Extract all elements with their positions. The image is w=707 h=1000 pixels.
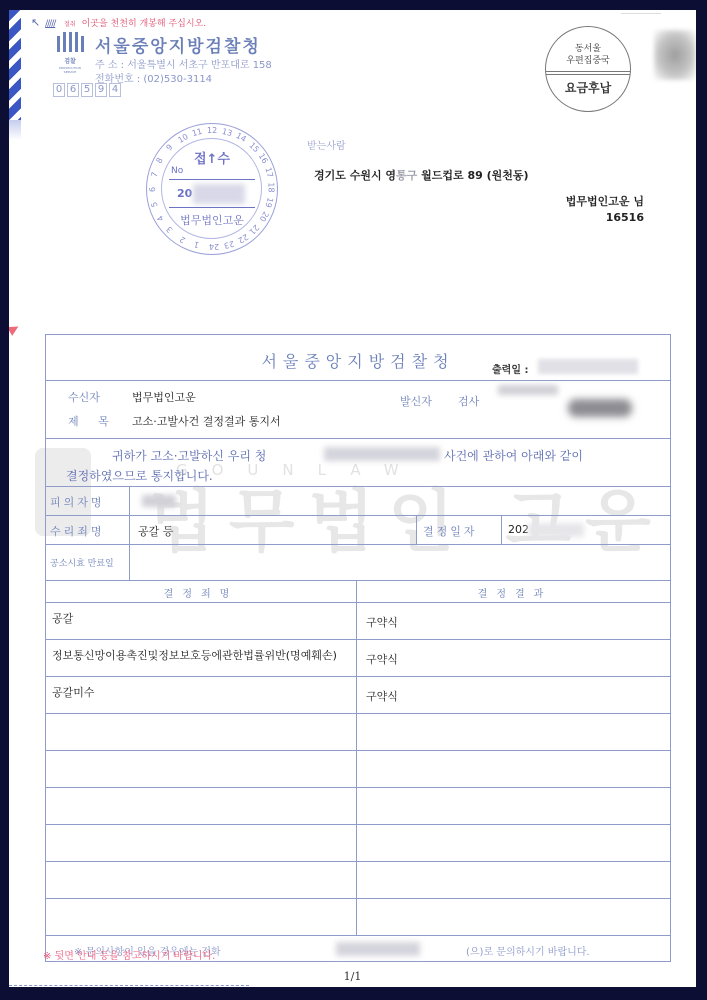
column-divider — [356, 751, 357, 787]
row-result: 구약식 — [366, 688, 398, 704]
receipt-tick: 13 — [221, 127, 233, 138]
receipt-tick: 23 — [223, 239, 235, 250]
recipient-address-part: 경기도 수원시 영 — [314, 169, 396, 182]
logo-bars-icon — [53, 32, 87, 52]
table-row — [46, 714, 670, 751]
postage-office: 동서울 우편집중국 — [546, 43, 630, 67]
recipient-zip: 16516 — [606, 211, 644, 224]
table-row — [46, 862, 670, 899]
case-number-blurred — [324, 447, 440, 461]
receipt-tick: 1 — [193, 240, 200, 250]
row-charge: 공갈 — [52, 613, 352, 625]
receipt-tick: 19 — [264, 197, 275, 209]
notice-text: 귀하가 고소·고발하신 우리 청 사건에 관하여 아래와 같이 결정하였으므로 … — [46, 439, 670, 487]
print-date-blurred — [538, 359, 638, 374]
inquiry-phone-blurred — [336, 942, 420, 956]
tear-prefix: 절취 — [64, 21, 76, 28]
notice-line1b: 사건에 관하여 아래와 같이 — [444, 447, 583, 464]
postage-office-line2: 우편집중국 — [546, 55, 630, 67]
sender-org-name: 서울중앙지방검찰청 — [95, 32, 261, 57]
sender-name-blurred — [498, 385, 558, 395]
decision-date-value: 202 — [508, 523, 529, 536]
decision-table-header: 결정죄명 결정결과 — [46, 581, 670, 603]
dashed-line — [9, 985, 249, 986]
receipt-tick: 24 — [209, 242, 219, 251]
column-divider — [356, 640, 357, 676]
table-row — [46, 825, 670, 862]
arrow-up-left-icon: ↖ — [31, 16, 40, 29]
charge-label: 수리죄명 — [46, 516, 130, 544]
zip-digit: 6 — [67, 83, 79, 97]
receiver-label: 수신자 — [68, 389, 100, 405]
column-divider — [356, 825, 357, 861]
recipient-address: 경기도 수원시 영통구 월드컵로 89 (원천동) — [314, 167, 529, 183]
envelope-stripe-fade — [9, 120, 21, 140]
column-divider — [356, 788, 357, 824]
receipt-tick: 14 — [235, 132, 248, 145]
table-row: 공갈구약식 — [46, 603, 670, 640]
logo-caption: 검찰 — [53, 56, 87, 65]
receipt-tick: 6 — [148, 186, 157, 191]
page-number: 1/1 — [9, 970, 696, 983]
notice-line2: 결정하였으므로 통지합니다. — [66, 467, 213, 484]
recipient-label: 받는사람 — [307, 137, 346, 152]
form-header: 서울중앙지방검찰청 출력일 : — [46, 335, 670, 381]
postage-office-line1: 동서울 — [546, 43, 630, 55]
envelope-stripe — [9, 10, 21, 120]
receipt-year: 20 — [177, 187, 192, 200]
phone-value: (02)530-3114 — [143, 74, 212, 85]
receipt-line — [169, 179, 255, 180]
column-divider — [356, 677, 357, 713]
statute-label: 공소시효 만료일 — [46, 545, 130, 580]
zip-digit: 0 — [53, 83, 65, 97]
charge-row: 수리죄명 공갈 등 결정일자 202 — [46, 516, 670, 545]
postage-fee: 요금후납 — [546, 79, 630, 96]
notice-line1a: 귀하가 고소·고발하신 우리 청 — [112, 447, 266, 464]
sender-title: 검사 — [458, 393, 479, 409]
table-row: 정보통신망이용촉진및정보보호등에관한법률위반(명예훼손)구약식 — [46, 640, 670, 677]
tear-guide: ↖ ///// 절취 이곳을 천천히 개봉해 주십시오. — [31, 16, 206, 29]
row-result: 구약식 — [366, 651, 398, 667]
row-charge: 정보통신망이용촉진및정보보호등에관한법률위반(명예훼손) — [52, 650, 352, 662]
recipient-address-part: 통구 — [396, 169, 417, 182]
decision-notice-form: 서울중앙지방검찰청 출력일 : 수신자 법무법인고운 제 목 고소·고발사건 결… — [45, 334, 671, 962]
table-row — [46, 751, 670, 788]
column-divider — [356, 862, 357, 898]
back-side-note: ※ 뒷면 안내 등을 참고하시기 바랍니다. — [43, 947, 215, 962]
sender-address: 주 소 : 서울특별시 서초구 반포대로 158 — [95, 56, 272, 71]
fold-mark-icon — [9, 322, 21, 336]
inquiry-suffix: (으)로 문의하시기 바랍니다. — [466, 943, 590, 958]
receipt-line — [169, 207, 255, 208]
receipt-tick: 7 — [149, 170, 159, 177]
receipt-no-label: No — [171, 166, 183, 176]
receipt-tick: 12 — [207, 126, 217, 135]
recipient-address-part: 월드컵로 89 (원천동) — [417, 169, 528, 182]
table-row — [46, 899, 670, 936]
receipt-number-blurred — [193, 184, 245, 204]
header-result: 결정결과 — [358, 585, 672, 600]
receiver-value: 법무법인고운 — [132, 389, 196, 405]
receipt-tick: 17 — [263, 167, 274, 179]
recipient-name: 법무법인고운 님 — [566, 193, 644, 209]
receipt-tick: 18 — [267, 183, 276, 193]
statute-row: 공소시효 만료일 — [46, 545, 670, 581]
scanned-document: ↖ ///// 절취 이곳을 천천히 개봉해 주십시오. 검찰 PROSECUT… — [9, 10, 696, 987]
receipt-tick: 22 — [236, 232, 249, 245]
row-charge: 공갈미수 — [52, 687, 352, 699]
charge-value: 공갈 등 — [138, 523, 173, 539]
suspect-label: 피의자명 — [46, 487, 130, 515]
receipt-tick: 2 — [178, 234, 187, 244]
print-date-label: 출력일 : — [492, 361, 528, 376]
form-meta: 수신자 법무법인고운 제 목 고소·고발사건 결정결과 통지서 발신자 검사 — [46, 381, 670, 439]
prosecution-logo: 검찰 PROSECUTION SERVICE — [53, 32, 87, 72]
column-divider — [356, 899, 357, 935]
zip-digit: 9 — [95, 83, 107, 97]
table-row: 공갈미수구약식 — [46, 677, 670, 714]
postage-mark: 동서울 우편집중국 요금후납 — [545, 26, 631, 112]
column-divider — [356, 714, 357, 750]
receipt-tick: 11 — [191, 127, 203, 138]
table-row — [46, 788, 670, 825]
blurred-barcode — [654, 30, 696, 80]
file-label-blurred: ________________ — [621, 10, 661, 14]
tear-text: 이곳을 천천히 개봉해 주십시오. — [82, 19, 206, 29]
header-charge: 결정죄명 — [46, 585, 356, 600]
column-divider — [356, 603, 357, 639]
decision-date-label: 결정일자 — [416, 516, 502, 544]
sender-label: 발신자 — [400, 393, 432, 409]
subject-label: 제 목 — [68, 413, 117, 429]
decision-date-blurred — [528, 523, 584, 537]
suspect-name-blurred — [142, 495, 176, 507]
logo-sub: PROSECUTION SERVICE — [53, 66, 87, 74]
column-divider — [356, 581, 357, 602]
sender-seal-blurred — [568, 399, 632, 417]
row-result: 구약식 — [366, 614, 398, 630]
zip-digit: 4 — [109, 83, 121, 97]
hatch-marks: ///// — [45, 19, 55, 29]
suspect-row: 피의자명 — [46, 487, 670, 516]
receipt-stamp: 접↑수 No 20 법무법인고운 12345678910111213141516… — [146, 123, 278, 255]
zip-digit: 5 — [81, 83, 93, 97]
subject-value: 고소·고발사건 결정결과 통지서 — [132, 413, 281, 429]
sender-zip-boxes: 0 6 5 9 4 — [53, 83, 121, 97]
decision-table-body: 공갈구약식정보통신망이용촉진및정보보호등에관한법률위반(명예훼손)구약식공갈미수… — [46, 603, 670, 936]
postage-divider — [546, 71, 630, 75]
receipt-tick: 5 — [150, 200, 160, 207]
